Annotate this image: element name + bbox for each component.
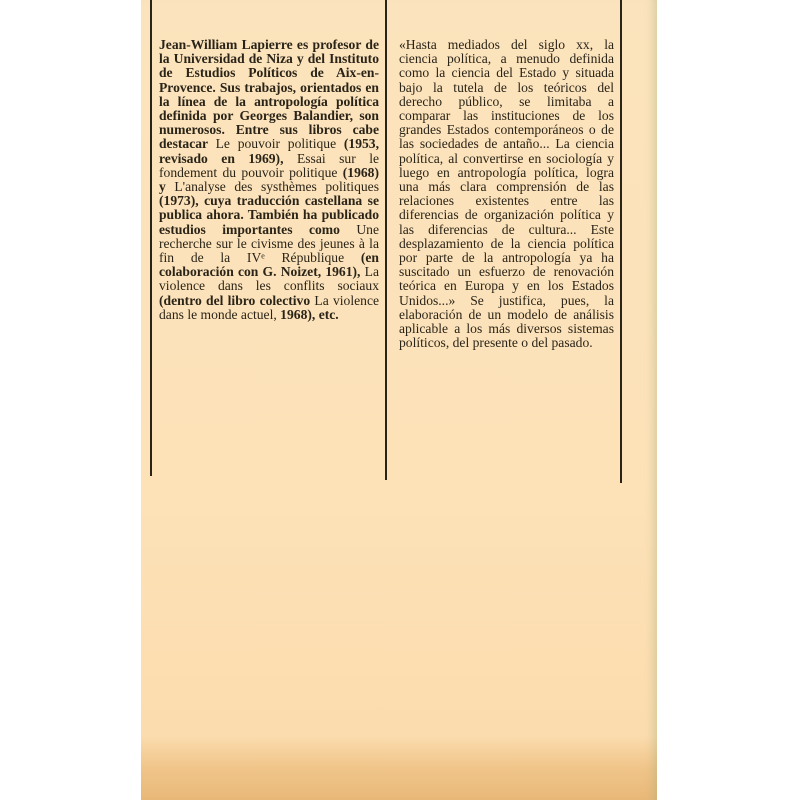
bio-segment: (dentro del libro colectivo [159,293,314,308]
column-rule-right [620,0,622,483]
book-title: Le pouvoir politique [216,136,337,151]
column-rule-left [150,0,152,476]
book-back-cover: Jean-William Lapierre es profesor de la … [141,0,657,800]
bio-segment: 1968), etc. [277,307,339,322]
book-blurb: «Hasta mediados del siglo xx, la ciencia… [399,38,614,350]
bio-segment: Jean-William Lapierre es profesor de la … [159,37,379,151]
author-bio: Jean-William Lapierre es profesor de la … [159,38,379,322]
book-title: L'analyse des systhèmes politiques [174,179,379,194]
bio-segment: (1973), cuya traducción castellana se pu… [159,193,379,236]
column-rule-center [385,0,387,480]
